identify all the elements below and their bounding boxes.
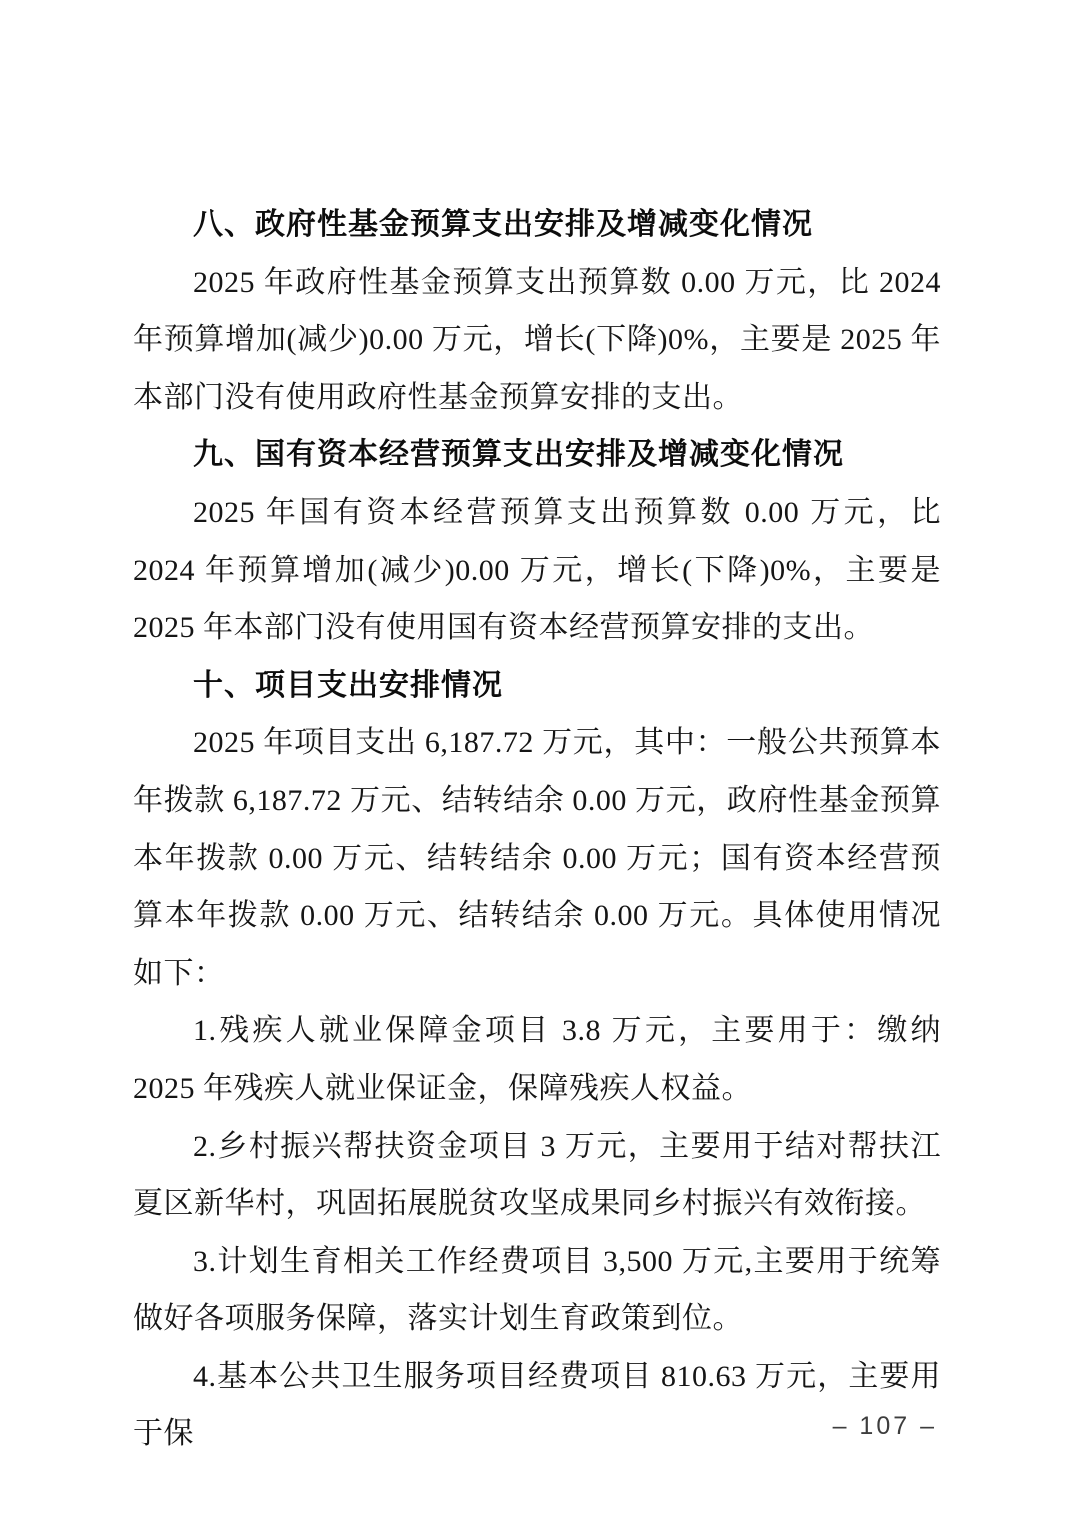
- section-state-capital-budget: 九、国有资本经营预算支出安排及增减变化情况 2025 年国有资本经营预算支出预算…: [133, 426, 941, 656]
- section-heading: 九、国有资本经营预算支出安排及增减变化情况: [133, 426, 941, 484]
- paragraph: 2025 年国有资本经营预算支出预算数 0.00 万元，比 2024 年预算增加…: [133, 484, 941, 657]
- section-government-fund-budget: 八、政府性基金预算支出安排及增减变化情况 2025 年政府性基金预算支出预算数 …: [133, 196, 941, 426]
- section-heading: 十、项目支出安排情况: [133, 657, 941, 715]
- page-number: – 107 –: [833, 1412, 937, 1441]
- document-page: 八、政府性基金预算支出安排及增减变化情况 2025 年政府性基金预算支出预算数 …: [0, 0, 1074, 1520]
- paragraph-item-2: 2.乡村振兴帮扶资金项目 3 万元，主要用于结对帮扶江夏区新华村，巩固拓展脱贫攻…: [133, 1118, 941, 1233]
- section-project-expenditure: 十、项目支出安排情况 2025 年项目支出 6,187.72 万元，其中：一般公…: [133, 657, 941, 1463]
- paragraph-item-4: 4.基本公共卫生服务项目经费项目 810.63 万元，主要用于保: [133, 1348, 941, 1463]
- paragraph: 2025 年政府性基金预算支出预算数 0.00 万元，比 2024 年预算增加(…: [133, 254, 941, 427]
- paragraph-item-1: 1.残疾人就业保障金项目 3.8 万元，主要用于：缴纳 2025 年残疾人就业保…: [133, 1002, 941, 1117]
- paragraph-item-3: 3.计划生育相关工作经费项目 3,500 万元,主要用于统筹做好各项服务保障，落…: [133, 1233, 941, 1348]
- section-heading: 八、政府性基金预算支出安排及增减变化情况: [133, 196, 941, 254]
- paragraph: 2025 年项目支出 6,187.72 万元，其中：一般公共预算本年拨款 6,1…: [133, 714, 941, 1002]
- document-body: 八、政府性基金预算支出安排及增减变化情况 2025 年政府性基金预算支出预算数 …: [133, 196, 941, 1463]
